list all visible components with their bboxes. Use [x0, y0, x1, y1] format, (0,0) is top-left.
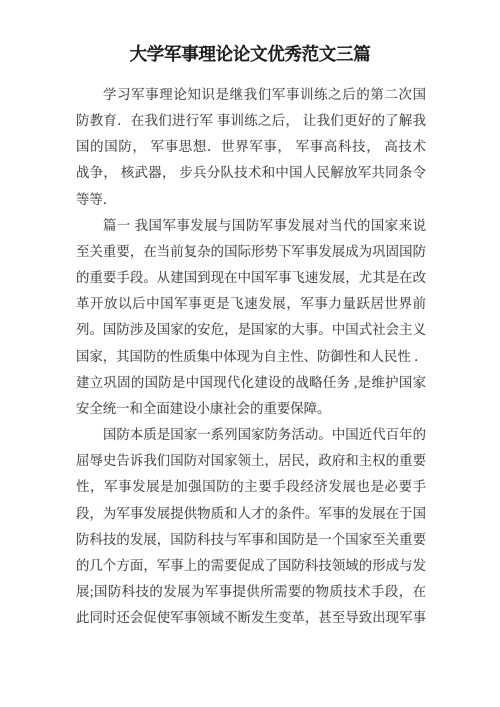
text-line: 防教育．在我们进行军 事训练之后， 让我们更好的了解我 [76, 108, 426, 134]
text-line: 列。国防涉及国家的安危，是国家的大事。中国式社会主义 [76, 317, 426, 343]
document-page: 大学军事理论论文优秀范文三篇 学习军事理论知识是继我们军事训练之后的第二次国防教… [0, 0, 500, 707]
text-line: 的几个方面，军事上的需要促成了国防科技领域的形成与发 [76, 553, 426, 579]
text-line: 防科技的发展，国防科技与军事和国防是一个国家至关重要 [76, 527, 426, 553]
text-line: 此同时还会促使军事领域不断发生变革，甚至导致出现军事 [76, 605, 426, 631]
text-line: 的重要手段。从建国到现在中国军事飞速发展，尤其是在改 [76, 265, 426, 291]
text-line: 学习军事理论知识是继我们军事训练之后的第二次国 [76, 82, 426, 108]
text-line: 屈辱史告诉我们国防对国家领土，居民，政府和主权的重要 [76, 448, 426, 474]
text-line: 战争， 核武器， 步兵分队技术和中国人民解放军共同条令 [76, 160, 426, 186]
text-line: 性，军事发展是加强国防的主要手段经济发展也是必要手 [76, 474, 426, 500]
document-title: 大学军事理论论文优秀范文三篇 [0, 0, 500, 66]
text-line: 国家，其国防的性质集中体现为自主性、防御性和人民性 ． [76, 344, 426, 370]
text-line: 段，为军事发展提供物质和人才的条件。军事的发展在于国 [76, 501, 426, 527]
text-line: 等等． [76, 187, 426, 213]
text-line: 篇一 我国军事发展与国防军事发展对当代的国家来说 [76, 213, 426, 239]
text-line: 至关重要，在当前复杂的国际形势下军事发展成为巩固国防 [76, 239, 426, 265]
text-line: 国防本质是国家一系列国家防务活动。中国近代百年的 [76, 422, 426, 448]
text-line: 建立巩固的国防是中国现代化建设的战略任务 ,是维护国家 [76, 370, 426, 396]
text-line: 展;国防科技的发展为军事提供所需要的物质技术手段，在 [76, 579, 426, 605]
text-line: 国的国防， 军事思想．世界军事， 军事高科技， 高技术 [76, 134, 426, 160]
text-line: 安全统一和全面建设小康社会的重要保障。 [76, 396, 426, 422]
text-line: 革开放以后中国军事更是飞速发展，军事力量跃居世界前 [76, 291, 426, 317]
document-body: 学习军事理论知识是继我们军事训练之后的第二次国防教育．在我们进行军 事训练之后，… [76, 82, 426, 631]
